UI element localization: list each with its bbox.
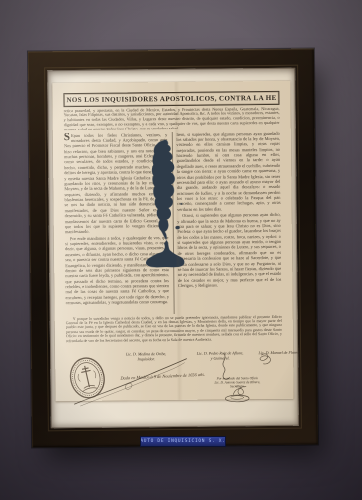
right-column-paragraph-2: Otrosi, si supieredes que algunas person… [177, 212, 281, 288]
wall-background: NOS LOS INQUISIDORES APOSTOLICOS, CONTRA… [0, 0, 362, 500]
caption-label: AUTO DE INQUISICION S. X. [140, 436, 226, 447]
right-column-paragraph-1: Item, si supieredes, que algunas persona… [176, 130, 280, 211]
document-subtitle: retica prauedad, y apostasia, en la Ciud… [64, 106, 280, 129]
drop-cap: S [64, 133, 70, 142]
signature-flourishes [66, 348, 283, 406]
ink-blot [141, 139, 190, 269]
closing-paragraph: Y porque lo susodicho venga a noticia de… [66, 314, 282, 349]
picture-frame: NOS LOS INQUISIDORES APOSTOLICOS, CONTRA… [28, 49, 318, 448]
signature-area: Lic. D. Medina de Oribe, Inquisidor. Lic… [66, 348, 283, 406]
frame-mat: NOS LOS INQUISIDORES APOSTOLICOS, CONTRA… [47, 68, 299, 429]
document-title: NOS LOS INQUISIDORES APOSTOLICOS, CONTRA… [63, 91, 279, 107]
edict-document: NOS LOS INQUISIDORES APOSTOLICOS, CONTRA… [52, 81, 293, 401]
